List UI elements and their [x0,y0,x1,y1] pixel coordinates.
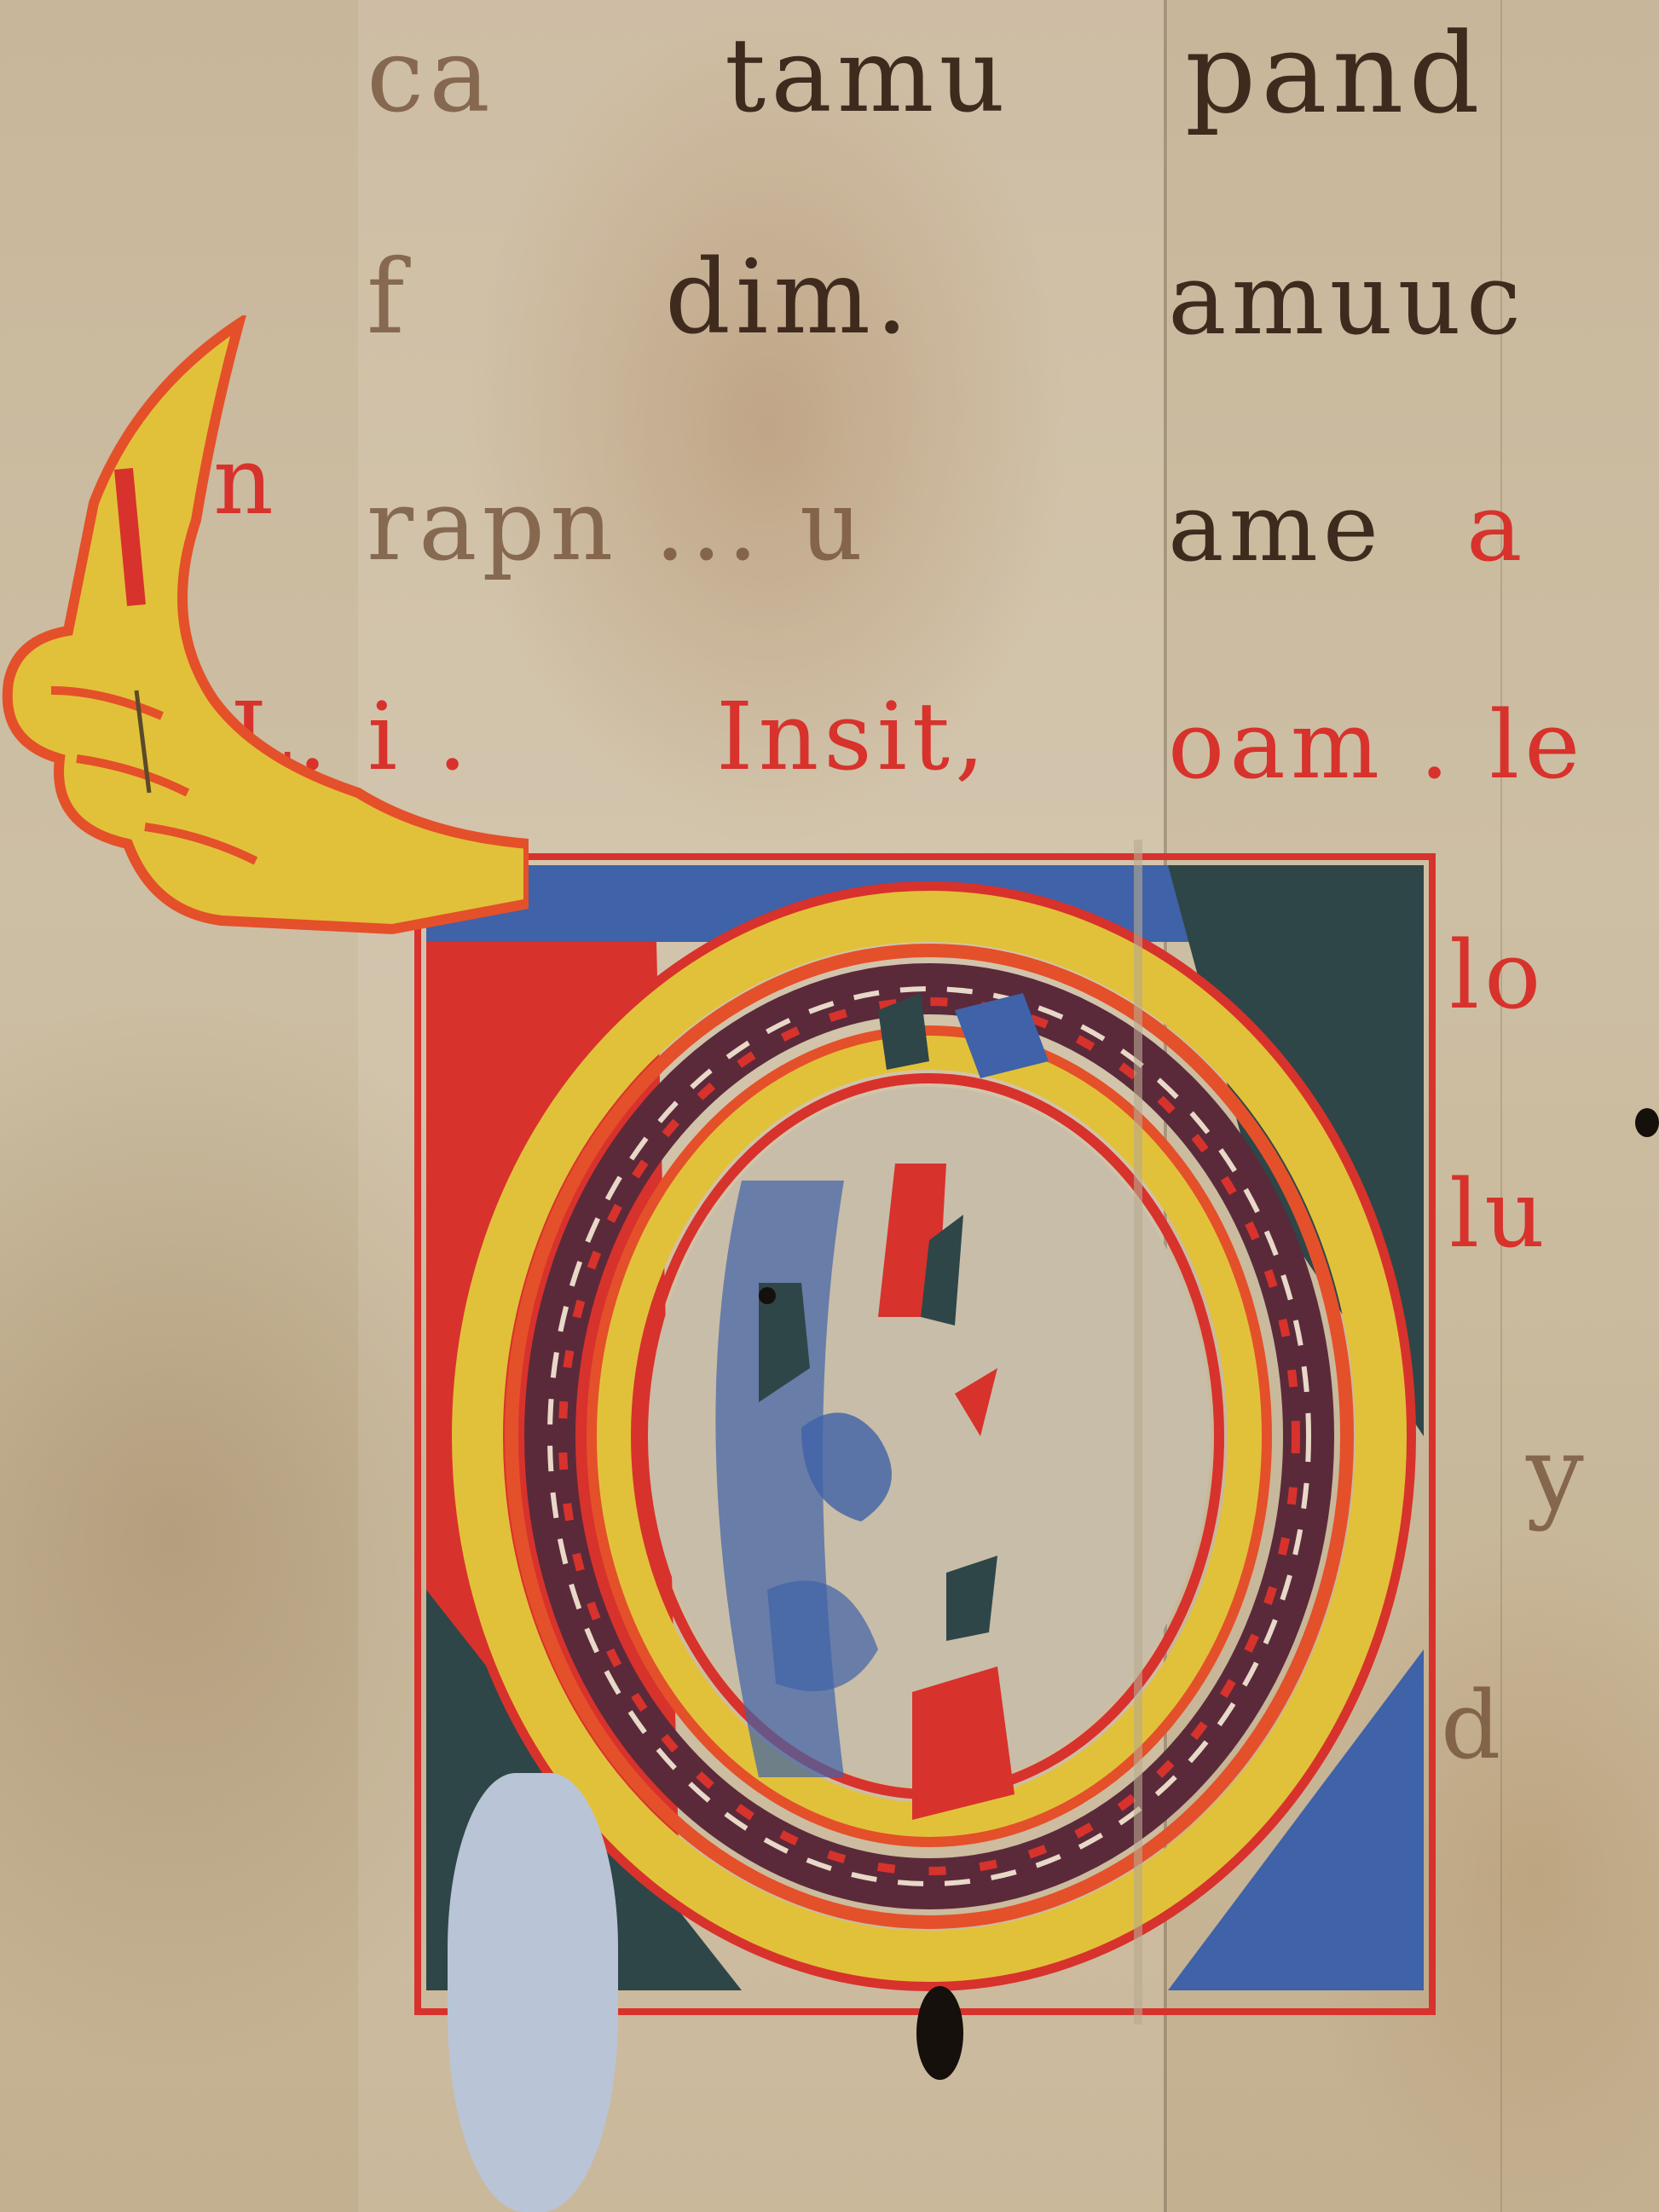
text-line-3-right-rubric: a [1466,473,1528,582]
worm-hole [1635,1108,1659,1137]
text-line-1-left: ca [367,17,495,136]
text-line-4-mid-rubric: Insit, [716,682,990,791]
text-line-2-right: amuuc [1168,243,1526,357]
text-line-3-right: ame [1168,473,1384,582]
text-line-1-mid: tamu [725,17,1010,136]
worm-hole [759,1287,776,1304]
margin-text-y: y [1526,1415,1589,1533]
text-line-1-right: pand [1185,9,1485,138]
damaged-patch [448,1773,618,2212]
acanthus-flourish [0,315,529,1048]
text-line-2-mid: dim. [665,239,913,357]
text-line-4-right-rubric: oam . le [1168,690,1585,800]
margin-text-d: d [1441,1671,1506,1780]
worm-hole [916,1986,963,2080]
margin-text-lu: lu [1449,1159,1550,1268]
margin-text-lo: lo [1449,921,1546,1030]
